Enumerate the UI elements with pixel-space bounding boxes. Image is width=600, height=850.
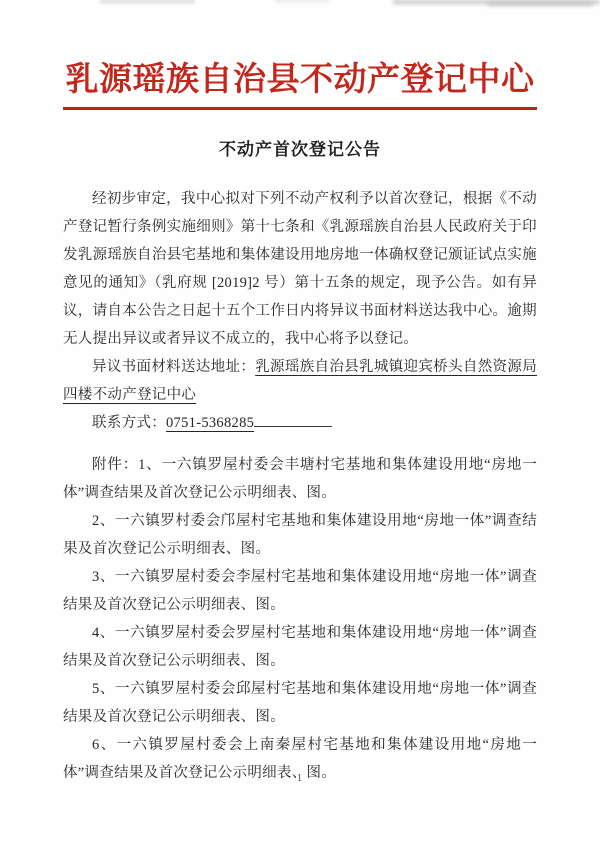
page-number: 1	[0, 772, 600, 784]
contact-phone-value: 0751-5368285	[166, 415, 254, 431]
notice-body-paragraph: 经初步审定，我中心拟对下列不动产权利予以首次登记，根据《不动产登记暂行条例实施细…	[63, 185, 537, 353]
attachment-item-2: 2、一六镇罗村委会邝屋村宅基地和集体建设用地“房地一体”调查结果及首次登记公示明…	[63, 507, 537, 563]
scan-smudge	[275, 0, 330, 2]
attachments-section: 附件：1、一六镇罗屋村委会丰塘村宅基地和集体建设用地“房地一体”调查结果及首次登…	[63, 451, 537, 787]
attachments-label: 附件：	[92, 457, 138, 473]
address-label: 异议书面材料送达地址：	[92, 359, 255, 375]
address-line: 异议书面材料送达地址：乳源瑶族自治县乳城镇迎宾桥头自然资源局四楼不动产登记中心	[63, 353, 537, 409]
title-divider-rule	[63, 107, 537, 110]
attachment-item-4: 4、一六镇罗屋村委会罗屋村宅基地和集体建设用地“房地一体”调查结果及首次登记公示…	[63, 619, 537, 675]
attachment-item-3: 3、一六镇罗屋村委会李屋村宅基地和集体建设用地“房地一体”调查结果及首次登记公示…	[63, 563, 537, 619]
scan-smudge	[393, 0, 600, 4]
scanned-notice-page: 乳源瑶族自治县不动产登记中心 不动产首次登记公告 经初步审定，我中心拟对下列不动…	[0, 0, 600, 850]
scan-smudge	[100, 0, 195, 3]
scan-smudge	[488, 3, 593, 6]
org-title: 乳源瑶族自治县不动产登记中心	[63, 60, 537, 100]
contact-line: 联系方式：0751-5368285	[63, 409, 537, 437]
contact-label: 联系方式：	[92, 415, 166, 431]
contact-underline-blank	[254, 413, 332, 427]
attachment-item-1: 附件：1、一六镇罗屋村委会丰塘村宅基地和集体建设用地“房地一体”调查结果及首次登…	[63, 451, 537, 507]
notice-title: 不动产首次登记公告	[63, 138, 537, 162]
attachment-item-5: 5、一六镇罗屋村委会邱屋村宅基地和集体建设用地“房地一体”调查结果及首次登记公示…	[63, 675, 537, 731]
